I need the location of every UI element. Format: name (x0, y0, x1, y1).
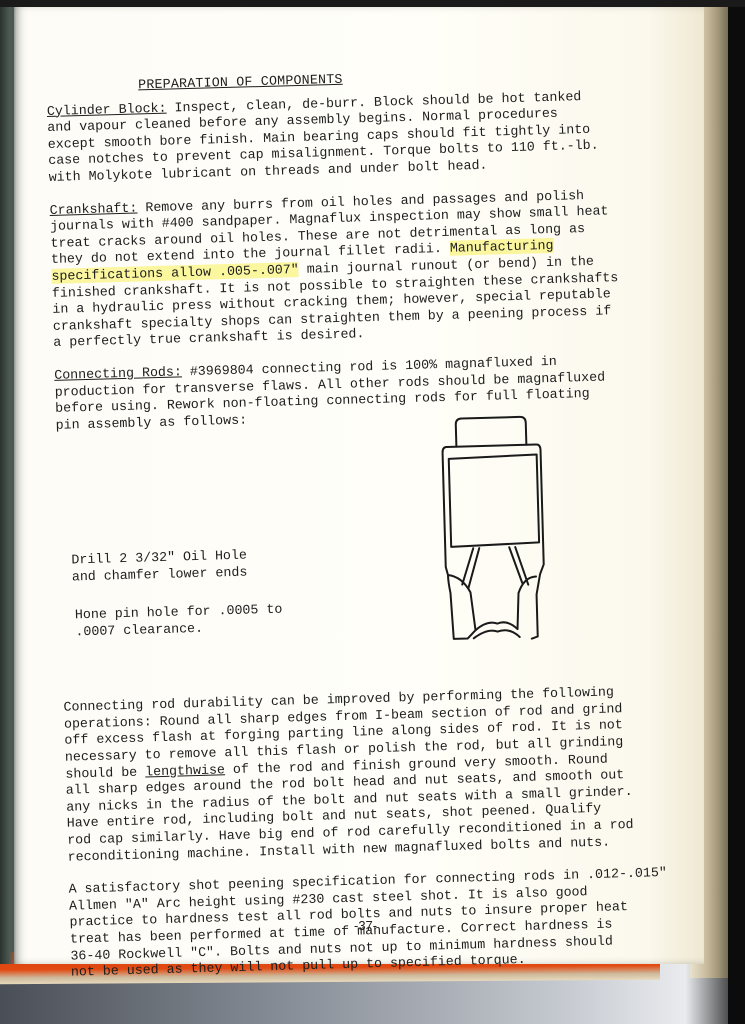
callout-oil-hole: Drill 2 3/32" Oil Hole and chamfer lower… (71, 548, 247, 586)
page-content: PREPARATION OF COMPONENTS Cylinder Block… (46, 63, 691, 998)
callout-pin-hole: Hone pin hole for .0005 to .0007 clearan… (75, 602, 283, 641)
figure-area: Drill 2 3/32" Oil Hole and chamfer lower… (56, 405, 683, 680)
shot-peening-paragraph: A satisfactory shot peening specificatio… (68, 865, 691, 982)
section-label: Cylinder Block: (47, 100, 167, 118)
scanner-top-edge (0, 0, 745, 7)
page-number: -37- (354, 918, 377, 933)
section-label: Connecting Rods: (54, 364, 182, 383)
scanner-edge (728, 0, 745, 1024)
underlined-word: lengthwise (145, 762, 225, 779)
document-page: PREPARATION OF COMPONENTS Cylinder Block… (14, 6, 704, 964)
durability-paragraph: Connecting rod durability can be improve… (63, 683, 687, 866)
connecting-rod-drawing (436, 414, 554, 649)
section-cylinder-block: Cylinder Block: Inspect, clean, de-burr.… (47, 86, 669, 186)
section-crankshaft: Crankshaft: Remove any burrs from oil ho… (49, 185, 673, 352)
section-label: Crankshaft: (49, 200, 137, 217)
page-left-shadow (0, 0, 16, 964)
